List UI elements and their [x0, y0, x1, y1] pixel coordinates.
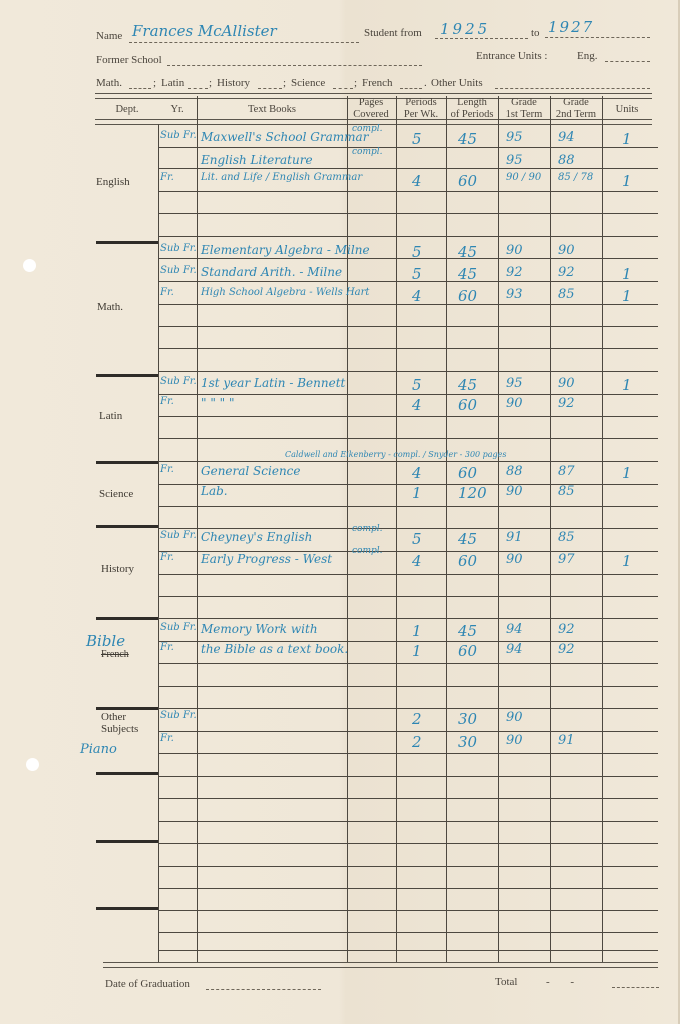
- other-units-label: Other Units: [431, 77, 483, 89]
- row-rule: [158, 371, 658, 372]
- row-rule: [158, 394, 658, 395]
- cell-text: the Bible as a text book.: [201, 642, 348, 656]
- eng-label: Eng.: [577, 50, 597, 62]
- row-rule: [158, 304, 658, 305]
- cell-periods: 4: [412, 552, 422, 570]
- row-rule: [158, 484, 658, 485]
- math-units-line: [129, 88, 151, 89]
- cell-length: 60: [458, 642, 477, 660]
- to-label: to: [531, 27, 540, 39]
- col-grade1: Grade1st Term: [498, 97, 550, 121]
- cell-periods: 1: [412, 484, 422, 502]
- row-rule: [158, 910, 658, 911]
- row-rule: [158, 686, 658, 687]
- cell-grade1: 94: [506, 622, 523, 637]
- cell-periods: 2: [412, 710, 422, 728]
- dept-separator: [96, 461, 158, 464]
- cell-length: 60: [458, 396, 477, 414]
- cell-grade1: 91: [506, 530, 523, 545]
- cell-periods: 4: [412, 464, 422, 482]
- row-rule: [158, 574, 658, 575]
- row-rule: [158, 168, 658, 169]
- dept-separator: [96, 617, 158, 620]
- cell-text: Memory Work with: [201, 622, 318, 636]
- col-dept: Dept.: [96, 104, 158, 116]
- cell-grade1: 95: [506, 153, 523, 168]
- col-grade2: Grade2nd Term: [550, 97, 602, 121]
- row-rule: [158, 348, 658, 349]
- cell-periods: 4: [412, 287, 422, 305]
- cell-periods: 1: [412, 642, 422, 660]
- dept-latin: Latin: [99, 410, 122, 422]
- cell-units: 1: [622, 552, 632, 570]
- column-rule: [347, 96, 348, 962]
- column-rule: [602, 96, 603, 962]
- col-length: Lengthof Periods: [446, 97, 498, 121]
- column-rule: [498, 96, 499, 962]
- cell-periods: 4: [412, 396, 422, 414]
- punch-hole-icon: [26, 758, 39, 771]
- science-units-line: [333, 88, 353, 89]
- row-rule: [158, 281, 658, 282]
- dept-french: French: [101, 649, 129, 660]
- cell-periods: 5: [412, 243, 422, 261]
- cell-length: 60: [458, 172, 477, 190]
- row-rule: [158, 866, 658, 867]
- student-from-value: 1925: [440, 20, 490, 38]
- cell-units: 1: [622, 172, 632, 190]
- dept-bible-handwritten: Bible: [86, 632, 125, 650]
- cell-yr: Fr.: [160, 464, 174, 475]
- cell-grade2: 92: [558, 396, 575, 411]
- row-rule: [158, 753, 658, 754]
- column-rule: [197, 96, 198, 962]
- cell-grade2: 91: [558, 733, 575, 748]
- cell-text: Early Progress - West: [201, 552, 332, 566]
- row-rule: [158, 461, 658, 462]
- cell-yr: Sub Fr.: [160, 530, 197, 541]
- cell-grade2: 85: [558, 287, 575, 302]
- student-from-label: Student from: [364, 27, 422, 39]
- col-periods: PeriodsPer Wk.: [396, 97, 446, 121]
- entrance-units-label: Entrance Units :: [476, 50, 547, 62]
- cell-grade1: 90: [506, 243, 523, 258]
- cell-grade1: 90: [506, 396, 523, 411]
- cell-yr: Sub Fr.: [160, 710, 197, 721]
- dept-piano-handwritten: Piano: [80, 742, 117, 757]
- to-line: [545, 37, 650, 38]
- cell-grade1: 94: [506, 642, 523, 657]
- col-units: Units: [602, 104, 652, 116]
- total-dashes: - -: [546, 976, 574, 988]
- cell-grade2: 85: [558, 484, 575, 499]
- column-rule: [158, 124, 159, 962]
- cell-grade2: 97: [558, 552, 575, 567]
- row-rule: [158, 326, 658, 327]
- row-rule: [158, 618, 658, 619]
- row-rule: [158, 506, 658, 507]
- name-line: [129, 42, 359, 43]
- row-rule: [158, 708, 658, 709]
- cell-grade2: 87: [558, 464, 575, 479]
- to-value: 1927: [548, 18, 594, 36]
- cell-grade1: 90: [506, 710, 523, 725]
- column-rule: [550, 96, 551, 962]
- dept-separator: [96, 525, 158, 528]
- cell-periods: 2: [412, 733, 422, 751]
- row-rule: [158, 236, 658, 237]
- total-label: Total: [495, 976, 517, 988]
- former-school-label: Former School: [96, 54, 162, 66]
- cell-grade1: 93: [506, 287, 523, 302]
- row-rule: [158, 798, 658, 799]
- cell-periods: 4: [412, 172, 422, 190]
- cell-pages: Caldwell and Eikenberry - compl. / Snyde…: [285, 450, 507, 459]
- date-of-graduation-label: Date of Graduation: [105, 978, 190, 990]
- cell-yr: Fr.: [160, 733, 174, 744]
- cell-units: 1: [622, 287, 632, 305]
- cell-grade2: 90: [558, 243, 575, 258]
- row-rule: [158, 843, 658, 844]
- col-text-books: Text Books: [197, 104, 347, 116]
- total-line: [612, 987, 659, 988]
- cell-grade2: 85 / 78: [558, 172, 593, 183]
- cell-grade1: 95: [506, 130, 523, 145]
- cell-length: 60: [458, 464, 477, 482]
- cell-length: 30: [458, 733, 477, 751]
- cell-grade1: 90: [506, 484, 523, 499]
- cell-text: Lit. and Life / English Grammar: [201, 172, 362, 183]
- cell-length: 45: [458, 265, 477, 283]
- cell-grade2: 88: [558, 153, 575, 168]
- cell-periods: 5: [412, 130, 422, 148]
- latin-units-label: Latin: [161, 77, 184, 89]
- row-rule: [158, 258, 658, 259]
- col-pages: PagesCovered: [347, 97, 395, 121]
- former-school-line: [167, 65, 422, 66]
- cell-units: 1: [622, 376, 632, 394]
- dept-other-subjects: Other Subjects: [101, 711, 151, 735]
- cell-text: High School Algebra - Wells Hart: [201, 287, 369, 298]
- cell-text: " " " ": [201, 396, 235, 410]
- row-rule: [158, 416, 658, 417]
- cell-yr: Fr.: [160, 642, 174, 653]
- cell-text: Cheyney's English: [201, 530, 312, 544]
- cell-grade2: 85: [558, 530, 575, 545]
- name-label: Name: [96, 30, 122, 42]
- student-from-line: [435, 38, 528, 39]
- row-rule: [158, 888, 658, 889]
- row-rule: [158, 147, 658, 148]
- history-units-label: History: [217, 77, 250, 89]
- cell-pages: compl.: [352, 524, 383, 534]
- cell-yr: Sub Fr.: [160, 130, 197, 141]
- cell-length: 45: [458, 530, 477, 548]
- row-rule: [158, 438, 658, 439]
- cell-length: 120: [458, 484, 487, 502]
- cell-pages: compl.: [352, 546, 383, 556]
- dept-history: History: [101, 563, 134, 575]
- dept-english: English: [96, 176, 130, 188]
- cell-grade1: 95: [506, 376, 523, 391]
- latin-units-line: [188, 88, 208, 89]
- column-rule: [446, 96, 447, 962]
- cell-units: 1: [622, 464, 632, 482]
- cell-periods: 5: [412, 530, 422, 548]
- cell-periods: 5: [412, 265, 422, 283]
- cell-yr: Fr.: [160, 552, 174, 563]
- cell-length: 60: [458, 287, 477, 305]
- column-rule: [396, 96, 397, 962]
- dept-separator: [96, 707, 158, 710]
- table-bottom-rule: [103, 962, 658, 968]
- cell-grade2: 94: [558, 130, 575, 145]
- dept-separator: [96, 772, 158, 775]
- cell-length: 60: [458, 552, 477, 570]
- row-rule: [158, 596, 658, 597]
- row-rule: [158, 950, 658, 951]
- cell-units: 1: [622, 265, 632, 283]
- cell-length: 45: [458, 130, 477, 148]
- cell-length: 45: [458, 622, 477, 640]
- dept-science: Science: [99, 488, 133, 500]
- cell-periods: 5: [412, 376, 422, 394]
- dept-separator: [96, 241, 158, 244]
- cell-grade2: 90: [558, 376, 575, 391]
- cell-grade1: 90 / 90: [506, 172, 541, 183]
- dept-separator: [96, 374, 158, 377]
- cell-yr: Sub Fr.: [160, 243, 197, 254]
- cell-yr: Fr.: [160, 396, 174, 407]
- cell-grade1: 90: [506, 552, 523, 567]
- cell-yr: Sub Fr.: [160, 376, 197, 387]
- cell-text: Lab.: [201, 484, 228, 498]
- row-rule: [158, 663, 658, 664]
- cell-pages: compl.: [352, 124, 383, 134]
- cell-yr: Sub Fr.: [160, 622, 197, 633]
- row-rule: [158, 213, 658, 214]
- cell-yr: Sub Fr.: [160, 265, 197, 276]
- cell-text: English Literature: [201, 153, 313, 167]
- dept-separator: [96, 840, 158, 843]
- dept-math: Math.: [97, 301, 123, 313]
- science-units-label: Science: [291, 77, 325, 89]
- cell-grade1: 90: [506, 733, 523, 748]
- row-rule: [158, 821, 658, 822]
- cell-yr: Fr.: [160, 172, 174, 183]
- cell-text: Standard Arith. - Milne: [201, 265, 342, 279]
- eng-line: [605, 61, 650, 62]
- col-yr: Yr.: [158, 104, 196, 116]
- other-units-line: [495, 88, 650, 89]
- cell-grade2: 92: [558, 622, 575, 637]
- punch-hole-icon: [23, 259, 36, 272]
- french-units-line: [400, 88, 422, 89]
- row-rule: [158, 776, 658, 777]
- date-of-graduation-line: [206, 989, 321, 990]
- cell-text: 1st year Latin - Bennett: [201, 376, 345, 390]
- cell-length: 30: [458, 710, 477, 728]
- cell-text: General Science: [201, 464, 301, 478]
- cell-pages: compl.: [352, 147, 383, 157]
- cell-text: Maxwell's School Grammar: [201, 130, 368, 144]
- cell-periods: 1: [412, 622, 422, 640]
- cell-length: 45: [458, 376, 477, 394]
- math-units-label: Math.: [96, 77, 122, 89]
- cell-yr: Fr.: [160, 287, 174, 298]
- cell-units: 1: [622, 130, 632, 148]
- dept-separator: [96, 907, 158, 910]
- name-value: Frances McAllister: [132, 22, 277, 40]
- row-rule: [158, 731, 658, 732]
- row-rule: [158, 191, 658, 192]
- french-units-label: French: [362, 77, 393, 89]
- cell-text: Elementary Algebra - Milne: [201, 243, 370, 257]
- cell-length: 45: [458, 243, 477, 261]
- history-units-line: [258, 88, 282, 89]
- cell-grade2: 92: [558, 265, 575, 280]
- row-rule: [158, 528, 658, 529]
- row-rule: [158, 932, 658, 933]
- record-sheet: [0, 0, 678, 1024]
- cell-grade2: 92: [558, 642, 575, 657]
- cell-grade1: 92: [506, 265, 523, 280]
- cell-grade1: 88: [506, 464, 523, 479]
